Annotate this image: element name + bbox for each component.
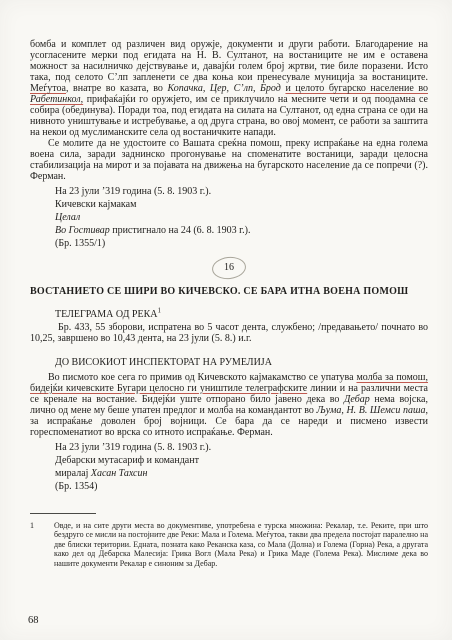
doc15-archive-ref: (Бр. 1355/1) — [55, 237, 428, 250]
doc16-archive-ref: (Бр. 1354) — [55, 480, 428, 493]
footnote: 1 Овде, и на сите други места во докумен… — [30, 521, 428, 569]
doc16-title: ВОСТАНИЕТО СЕ ШИРИ ВО КИЧЕВСКО. СЕ БАРА … — [30, 286, 428, 299]
footnote-separator-rule — [30, 513, 96, 514]
doc15-paragraph-continuation: бомба и комплет од различен вид оружје, … — [30, 39, 428, 138]
doc16-date-line: На 23 јули ’319 година (5. 8. 1903 г.). — [55, 441, 428, 454]
doc15-sender-title: Кичевски кајмакам — [55, 198, 428, 211]
footnote-marker: 1 — [30, 521, 54, 569]
doc16-telegram-meta: Бр. 433, 55 зборови, испратена во 5 часо… — [30, 322, 428, 344]
document-number-text: 16 — [224, 258, 234, 278]
doc15-sender-name: Целал — [55, 211, 428, 224]
doc16-salutation: ДО ВИСОКИОТ ИНСПЕКТОРАТ НА РУМЕЛИЈА — [55, 357, 428, 369]
scanned-document-page: бомба и комплет од различен вид оружје, … — [0, 0, 452, 640]
doc16-number-row: 16 — [30, 257, 428, 281]
doc16-telegram-body: Во писмото кое сега го примив од Кичевск… — [30, 372, 428, 438]
doc15-arrival-note: Во Гостивар пристигнало на 24 (6. 8. 190… — [55, 224, 428, 237]
page-number: 68 — [28, 615, 39, 626]
doc15-paragraph-request: Се молите да не удостоите со Вашата среќ… — [30, 138, 428, 182]
doc16-signature-block: На 23 јули ’319 година (5. 8. 1903 г.). … — [55, 441, 428, 493]
doc16-signer-name: миралај Хасан Тахсин — [55, 467, 428, 480]
doc15-signature-block: На 23 јули ’319 година (5. 8. 1903 г.). … — [55, 185, 428, 250]
doc16-signer-title: Дебарски мутасариф и командант — [55, 454, 428, 467]
circled-document-number: 16 — [211, 255, 247, 280]
doc16-telegram-heading: ТЕЛЕГРАМА ОД РЕКА1 — [55, 309, 428, 321]
footnote-text: Овде, и на сите други места во документи… — [54, 521, 428, 569]
doc15-date-line: На 23 јули ’319 година (5. 8. 1903 г.). — [55, 185, 428, 198]
